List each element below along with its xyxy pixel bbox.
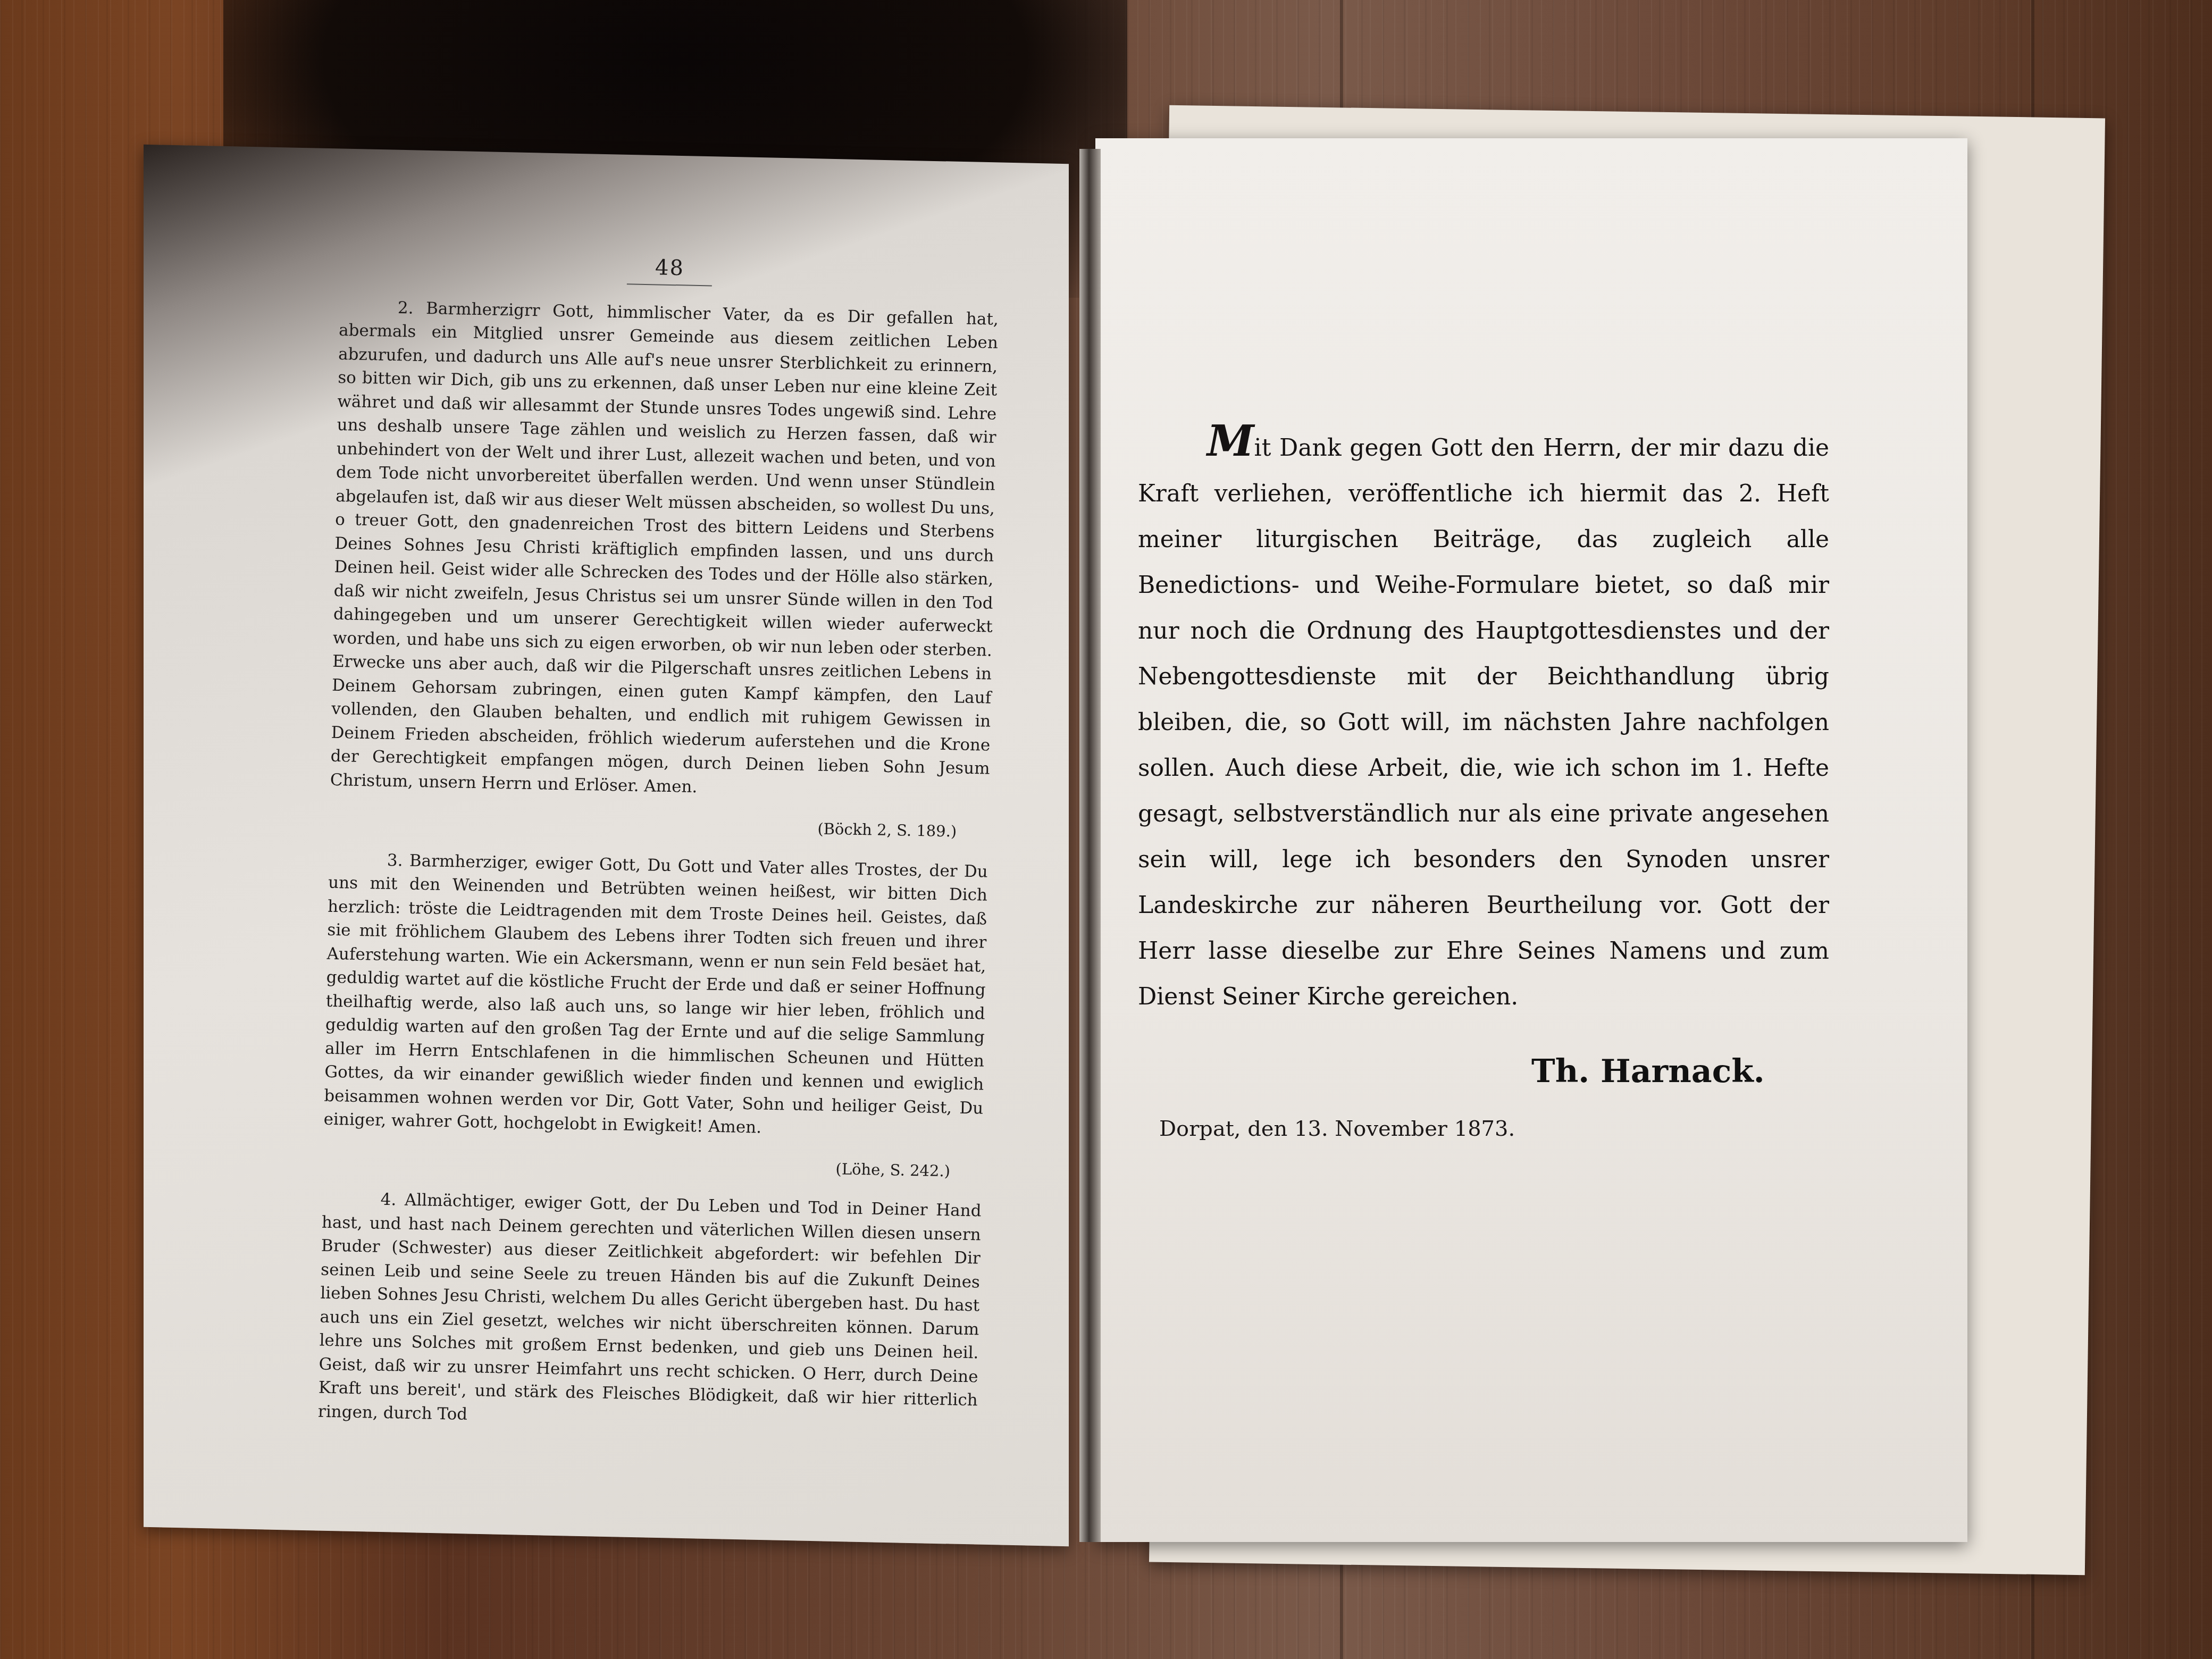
left-page-text: 48 2. Barmherzigrr Gott, himmlischer Vat… [318, 250, 1000, 1436]
prayer-4: 4. Allmächtiger, ewiger Gott, der Du Leb… [318, 1187, 982, 1436]
citation: (Böckh 2, S. 189.) [329, 808, 957, 843]
preface-text: Mit Dank gegen Gott den Herrn, der mir d… [1138, 425, 1829, 1020]
citation: (Löhe, S. 242.) [323, 1147, 951, 1183]
page-number: 48 [627, 255, 713, 286]
prayer-text: Barmherziger, ewiger Gott, Du Gott und V… [323, 851, 988, 1137]
prayer-text: Allmächtiger, ewiger Gott, der Du Leben … [318, 1191, 982, 1424]
prayer-text: Barmherzigrr Gott, himmlischer Vater, da… [330, 299, 999, 797]
prayer-number: 2. [398, 298, 414, 318]
drop-cap: M [1207, 416, 1254, 466]
prayer-number: 4. [380, 1190, 396, 1210]
dateline: Dorpat, den 13. November 1873. [1159, 1117, 1515, 1141]
preface-paragraph: Mit Dank gegen Gott den Herrn, der mir d… [1138, 425, 1829, 1020]
book-gutter [1079, 149, 1101, 1542]
prayer-3: 3. Barmherziger, ewiger Gott, Du Gott un… [323, 847, 988, 1144]
preface-body: it Dank gegen Gott den Herrn, der mir da… [1138, 434, 1829, 1010]
prayer-number: 3. [387, 850, 403, 870]
author-signature: Th. Harnack. [1531, 1053, 1765, 1090]
prayer-2: 2. Barmherzigrr Gott, himmlischer Vater,… [330, 295, 999, 804]
